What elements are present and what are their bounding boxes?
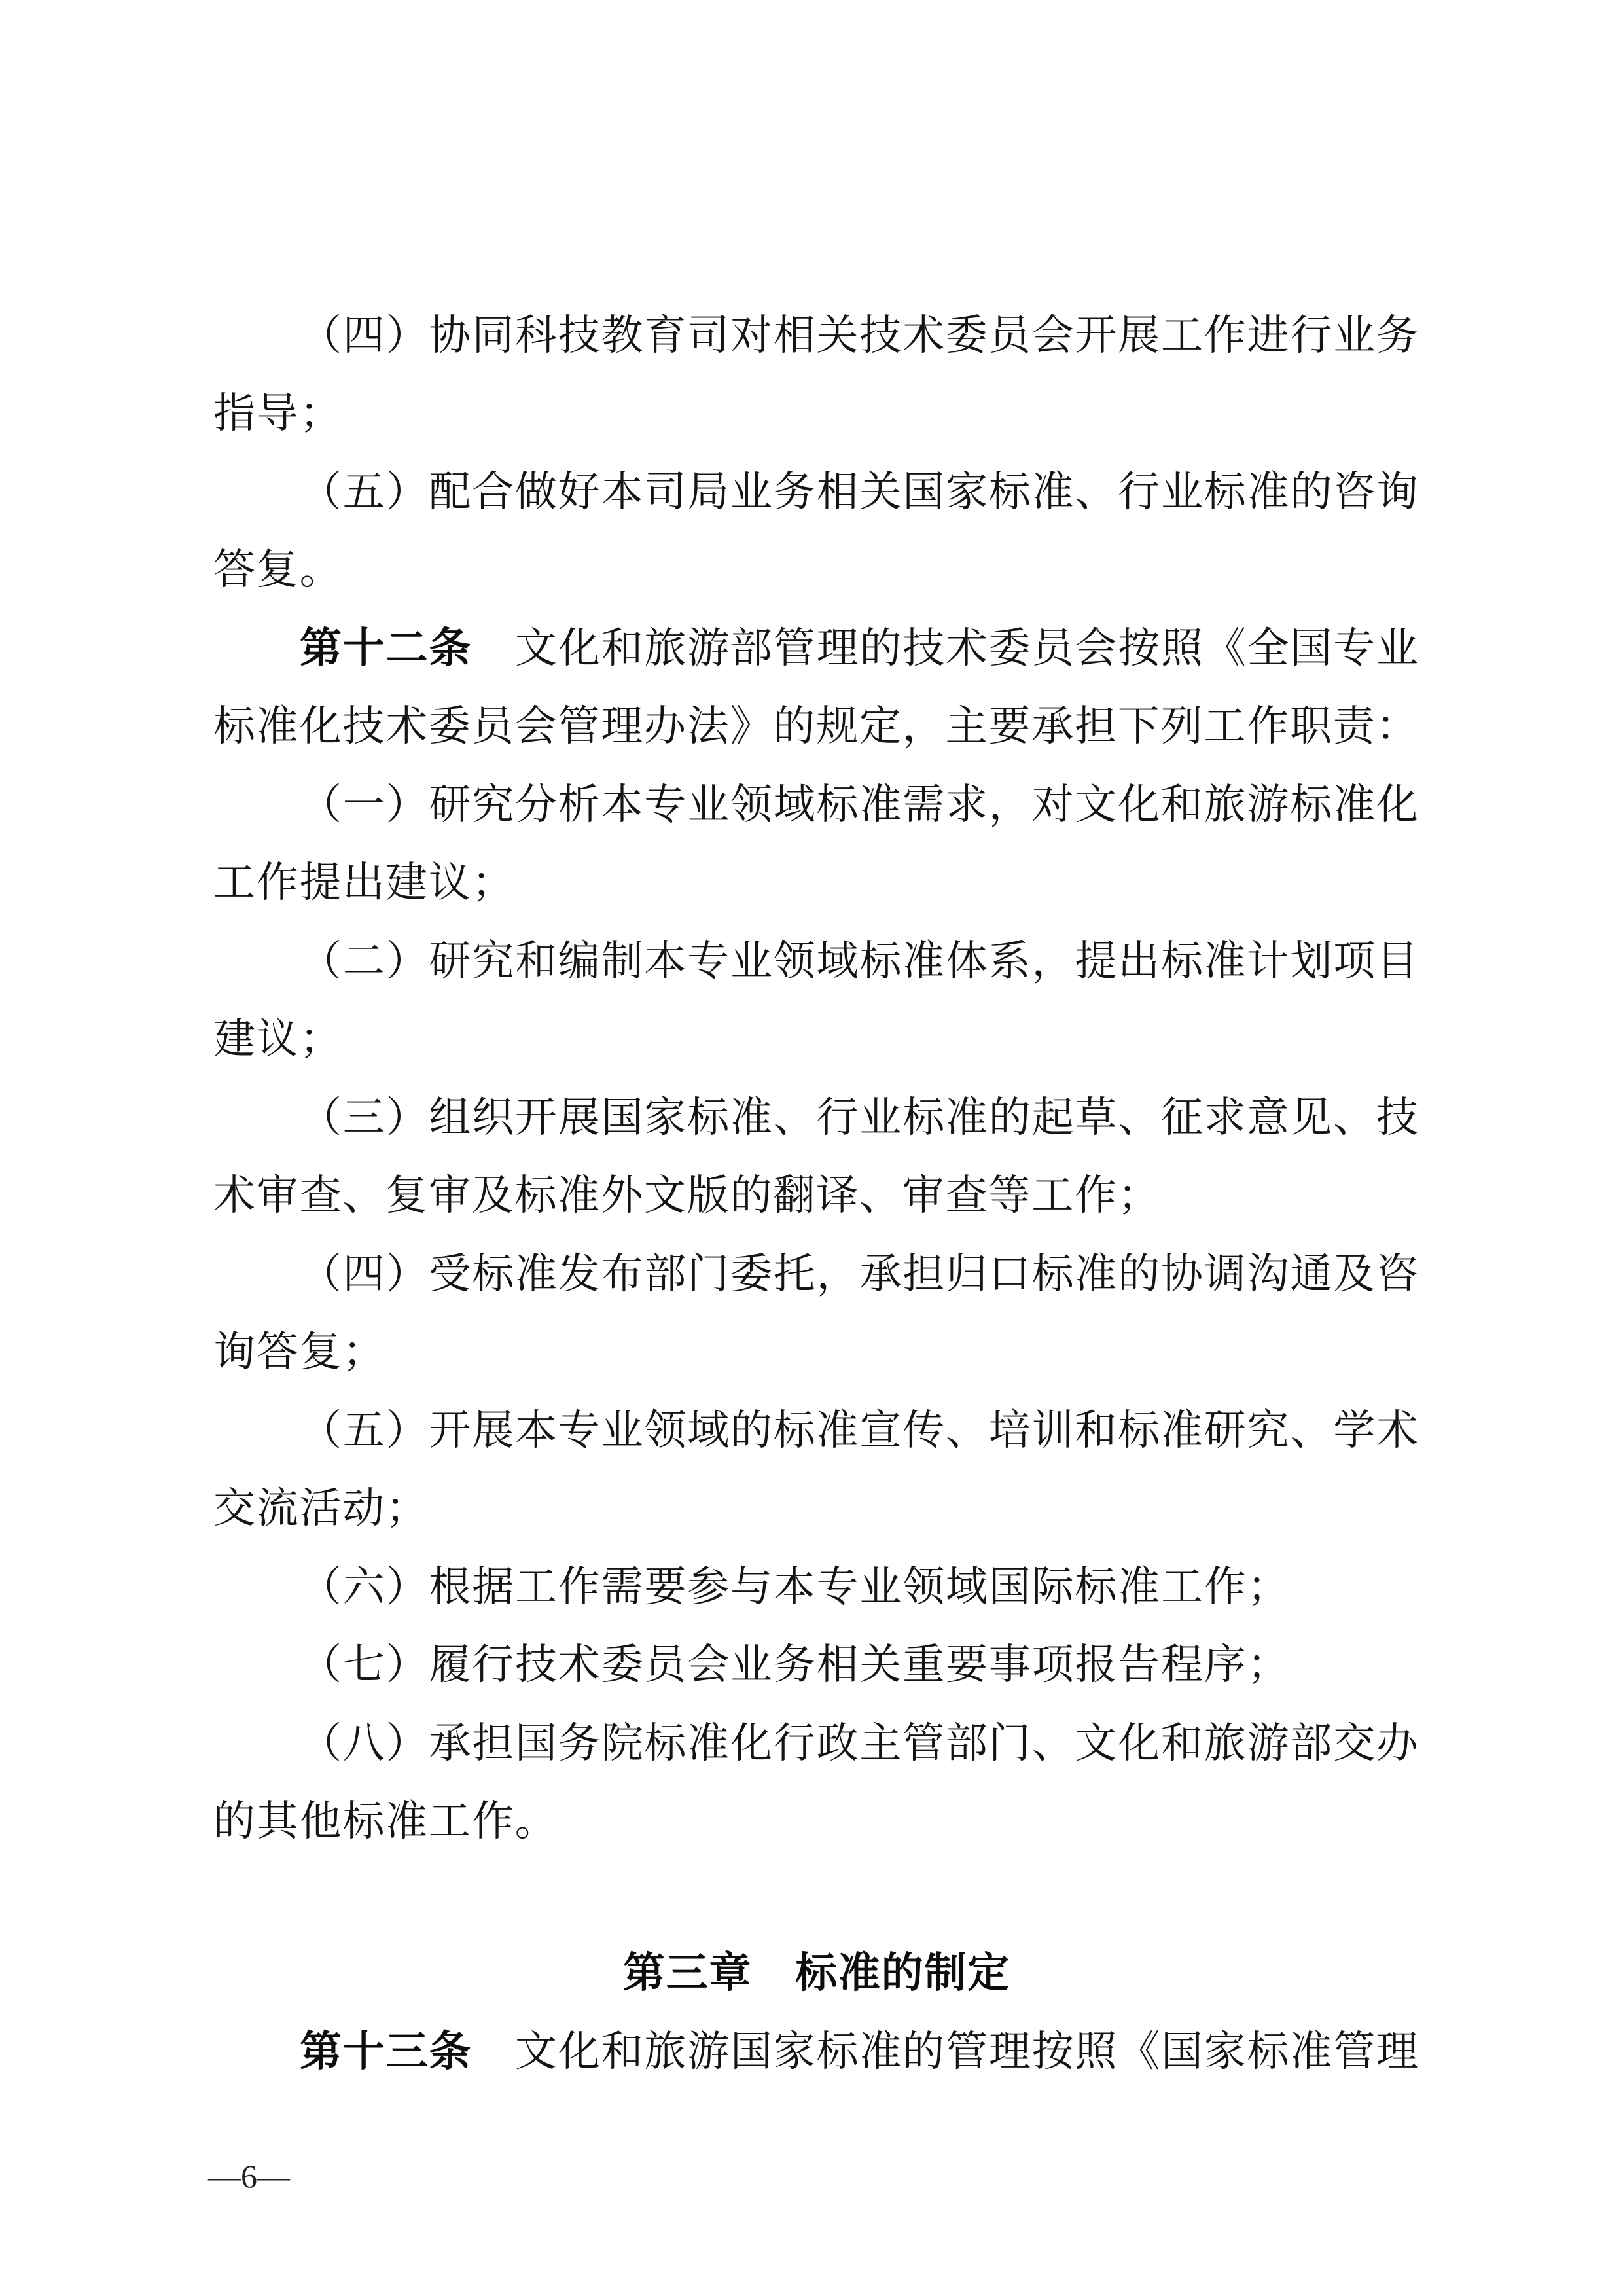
body-line: 工作提出建议； [213, 844, 1424, 922]
chapter-title: 标准的制定 [795, 1949, 1010, 1998]
body-line: 标准化技术委员会管理办法》的规定，主要承担下列工作职责： [213, 687, 1424, 766]
document-page: （四）协同科技教育司对相关技术委员会开展工作进行业务 指导； （五）配合做好本司… [0, 0, 1623, 2296]
article-text: 文化和旅游部管理的技术委员会按照《全国专业 [515, 624, 1419, 673]
chapter-spacer [752, 1949, 795, 1998]
article-text: 文化和旅游国家标准的管理按照《国家标准管理 [515, 2028, 1419, 2076]
body-line: 建议； [213, 1000, 1424, 1079]
body-line: 答复。 [213, 531, 1424, 609]
body-line: （一）研究分析本专业领域标准需求，对文化和旅游标准化 [300, 766, 1425, 844]
body-line: （二）研究和编制本专业领域标准体系，提出标准计划项目 [300, 922, 1425, 1001]
body-line: （四）协同科技教育司对相关技术委员会开展工作进行业务 [300, 296, 1425, 375]
body-line: （七）履行技术委员会业务相关重要事项报告程序； [300, 1626, 1425, 1704]
article-spacer [472, 624, 515, 673]
article-label: 第十三条 [300, 2028, 472, 2076]
body-line: （三）组织开展国家标准、行业标准的起草、征求意见、技 [300, 1079, 1425, 1157]
body-line: 的其他标准工作。 [213, 1782, 1424, 1861]
article-13-first-line: 第十三条 文化和旅游国家标准的管理按照《国家标准管理 [300, 2013, 1425, 2091]
chapter-heading: 第三章 标准的制定 [213, 1934, 1420, 2013]
body-line: 询答复； [213, 1313, 1424, 1391]
article-label: 第十二条 [300, 624, 472, 673]
chapter-number: 第三章 [623, 1949, 752, 1998]
body-line: （六）根据工作需要参与本专业领域国际标准工作； [300, 1548, 1425, 1626]
body-line: 交流活动； [213, 1469, 1424, 1548]
body-line: （四）受标准发布部门委托，承担归口标准的协调沟通及咨 [300, 1235, 1425, 1314]
body-line: （五）配合做好本司局业务相关国家标准、行业标准的咨询 [300, 453, 1425, 531]
page-number: —6— [208, 2153, 290, 2199]
body-line: 术审查、复审及标准外文版的翻译、审查等工作； [213, 1157, 1424, 1235]
article-12-first-line: 第十二条 文化和旅游部管理的技术委员会按照《全国专业 [300, 609, 1425, 688]
body-line: （八）承担国务院标准化行政主管部门、文化和旅游部交办 [300, 1704, 1425, 1783]
body-line: 指导； [213, 374, 1424, 453]
article-spacer [472, 2028, 515, 2076]
body-line: （五）开展本专业领域的标准宣传、培训和标准研究、学术 [300, 1391, 1425, 1470]
